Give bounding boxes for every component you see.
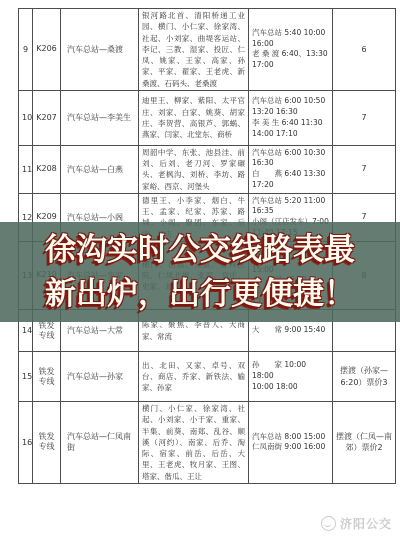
table-row: 11 K208 汽车总站—白燕 周韶中学、东张、池县洼、前刘、后刘、老刀河、罗家…	[19, 145, 396, 193]
table-row: 10 K207 汽车总站—李美生 迪里王、柳家、紫阳、太平官庄、刘家、白家、姚葵…	[19, 90, 396, 145]
departure-times-cell: 汽车总站 5:40 10:00 16:00 老 桑 渡 6:40、13:30 1…	[249, 9, 333, 91]
route-code-cell: K206	[33, 9, 61, 91]
banner-title-line1: 徐沟实时公交线路表最	[45, 231, 355, 270]
trips-fare-cell: 7	[333, 90, 396, 145]
watermark: 济阳公交	[321, 514, 392, 532]
banner-title-line2: 新出炉，出行更便捷！	[45, 275, 355, 314]
departure-times-cell: 汽车总站 6:00 10:30 16:30 白 燕 6:40 13:30 17:…	[249, 145, 333, 193]
row-number-cell: 10	[19, 90, 33, 145]
trips-fare-cell: 7	[333, 145, 396, 193]
row-number-cell: 15	[19, 352, 33, 402]
route-name-cell: 汽车总站—李美生	[61, 90, 139, 145]
route-stops-cell: 迪里王、柳家、紫阳、太平官庄、刘家、白家、姚葵、胡家庄、李贺营、高银芦、郭蜗、燕…	[139, 90, 249, 145]
route-stops-cell: 横门、小仁家、徐家湾、社起、小刘家、小于家、重家、半集、前葵、南郑、乱谷、顺溪（…	[139, 402, 249, 484]
watermark-label: 济阳公交	[340, 515, 392, 532]
route-stops-cell: 周韶中学、东张、池县洼、前刘、后刘、老刀河、罗家碾头、老枫沟、刘桥、李坊、路家峪…	[139, 145, 249, 193]
route-code-cell: 铁发专线	[33, 402, 61, 484]
route-name-cell: 汽车总站—仁凤南街	[61, 402, 139, 484]
route-name-cell: 汽车总站—孙家	[61, 352, 139, 402]
trips-fare-cell: 摆渡（仁凤—南郊）票价2	[333, 402, 396, 484]
table-row: 16 铁发专线 汽车总站—仁凤南街 横门、小仁家、徐家湾、社起、小刘家、小于家、…	[19, 402, 396, 484]
route-code-cell: K208	[33, 145, 61, 193]
route-code-cell: 铁发专线	[33, 352, 61, 402]
route-code-cell: K207	[33, 90, 61, 145]
route-name-cell: 汽车总站—白燕	[61, 145, 139, 193]
table-row: 15 铁发专线 汽车总站—孙家 出、北田、又家、卓号、双台、商店、乔家、新铁法、…	[19, 352, 396, 402]
route-name-cell: 汽车总站—桑渡	[61, 9, 139, 91]
departure-times-cell: 孙 家 10:00 18:00 10:00 18:00	[249, 352, 333, 402]
route-stops-cell: 银河路北首、清阳桥递工业园、横门、小仁家、徐家湾、社起、小刘家、曲堤客运站、李记…	[139, 9, 249, 91]
bus-company-logo-icon	[321, 516, 336, 531]
departure-times-cell: 汽车总站 8:00 15:00 仁凤南街 9:00 16:00	[249, 402, 333, 484]
row-number-cell: 16	[19, 402, 33, 484]
trips-fare-cell: 摆渡（孙家—6:20）票价3	[333, 352, 396, 402]
promo-banner-overlay: 徐沟实时公交线路表最 新出炉，出行更便捷！	[0, 222, 400, 322]
row-number-cell: 11	[19, 145, 33, 193]
row-number-cell: 9	[19, 9, 33, 91]
trips-fare-cell: 6	[333, 9, 396, 91]
scanned-bus-timetable-page: 9 K206 汽车总站—桑渡 银河路北首、清阳桥递工业园、横门、小仁家、徐家湾、…	[0, 0, 400, 547]
route-stops-cell: 出、北田、又家、卓号、双台、商店、乔家、新铁法、输家、孙家	[139, 352, 249, 402]
table-row: 9 K206 汽车总站—桑渡 银河路北首、清阳桥递工业园、横门、小仁家、徐家湾、…	[19, 9, 396, 91]
departure-times-cell: 汽车总站 6:00 10:50 13:20 16:30 李 美 生 6:40 1…	[249, 90, 333, 145]
